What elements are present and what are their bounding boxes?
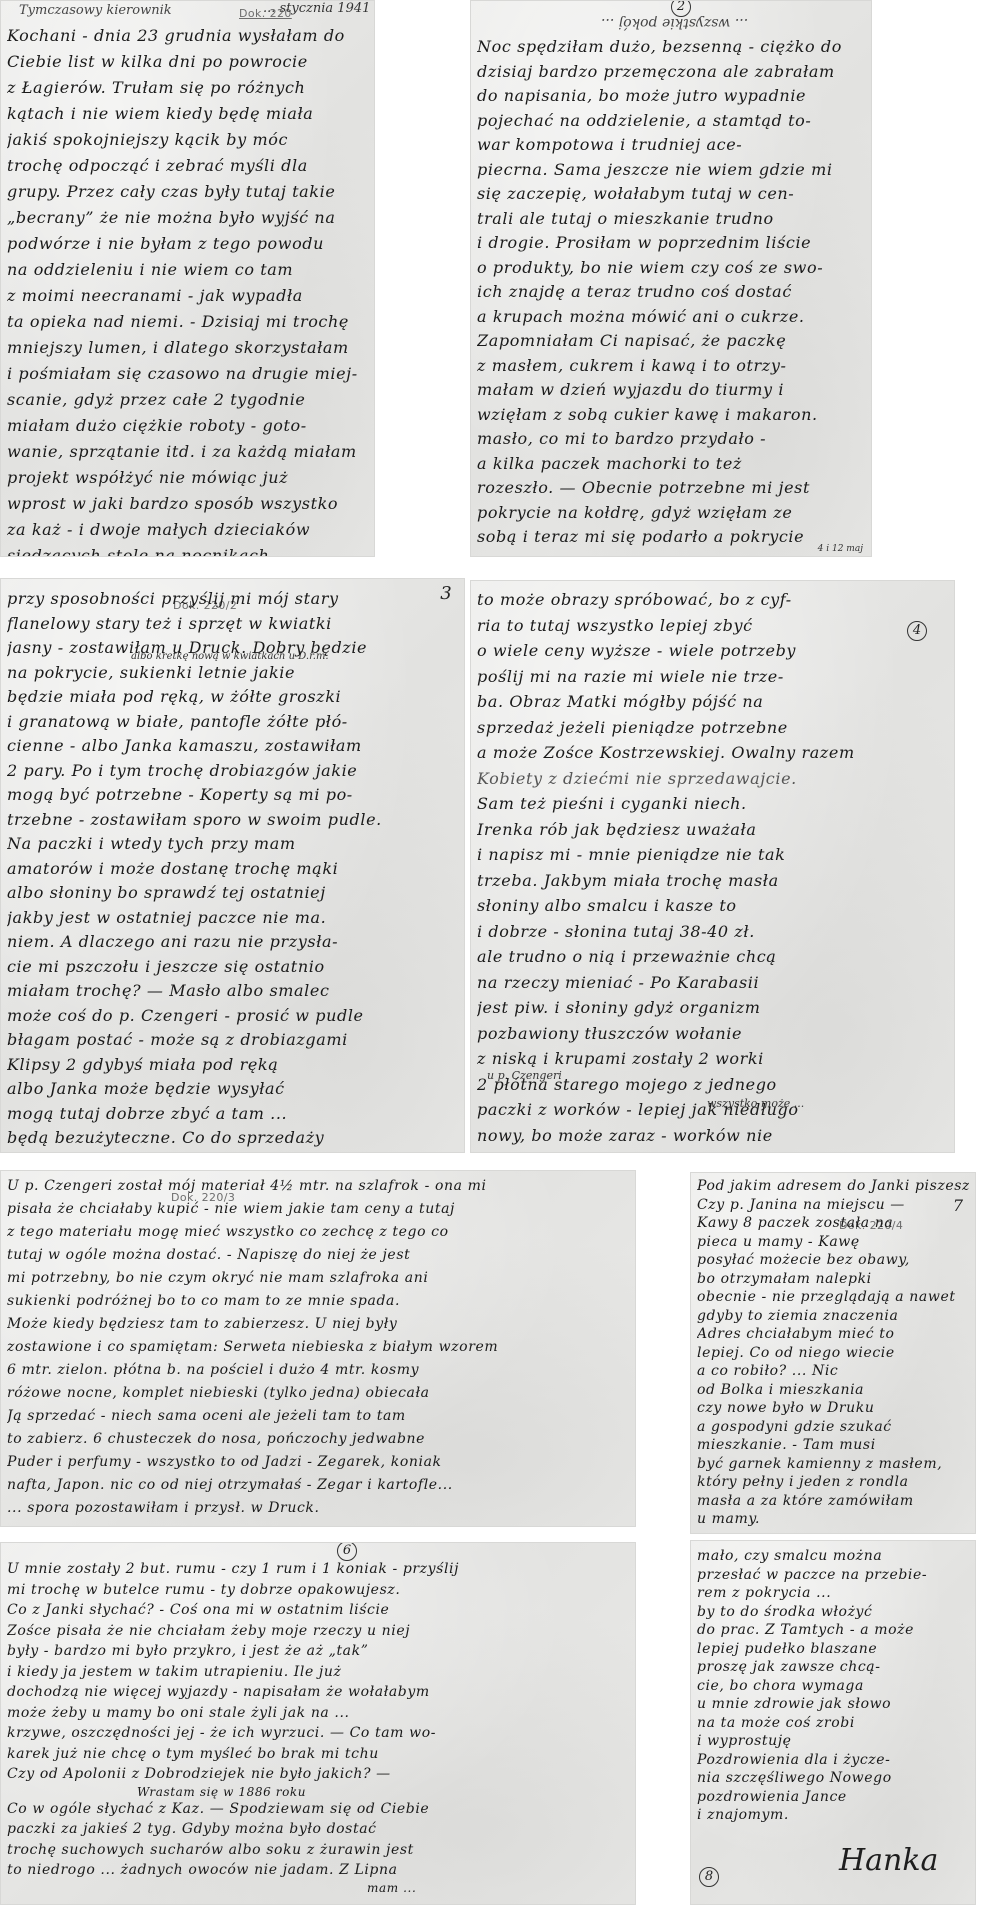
- text-line: rem z pokrycia ...: [697, 1584, 969, 1603]
- letter-page-8: mało, czy smalcu można przesłać w paczce…: [690, 1540, 976, 1905]
- text-line: lepiej pudełko blaszane: [697, 1640, 969, 1659]
- text-line: gdyby to ziemia znaczenia: [697, 1307, 969, 1326]
- text-line: obecnie - nie przeglądają a nawet: [697, 1288, 969, 1307]
- text-line: Noc spędziłam dużo, bezsenną - ciężko do: [477, 35, 865, 60]
- text-line: ... spora pozostawiłam i przysł. w Druck…: [7, 1497, 629, 1520]
- text-line: z masłem, cukrem i kawą i to otrzy-: [477, 354, 865, 379]
- text-line: Irenka rób jak będziesz uważała: [477, 817, 948, 843]
- text-line: z tego materiału mogę mieć wszystko co z…: [7, 1221, 629, 1244]
- text-line: od Bolka i mieszkania: [697, 1381, 969, 1400]
- text-line: Kochani - dnia 23 grudnia wysłałam do: [7, 23, 368, 49]
- text-line: Wrastam się w 1886 roku: [7, 1785, 629, 1799]
- text-line: trochę odpocząć i zebrać myśli dla: [7, 153, 368, 179]
- text-line: a co robiło? ... Nic: [697, 1362, 969, 1381]
- text-line: paczki z worków - lepiej jak niedługo: [477, 1097, 948, 1123]
- text-line: wanie, sprzątanie itd. i za każdą miałam: [7, 439, 368, 465]
- text-line: czy nowe było w Druku: [697, 1399, 969, 1418]
- text-line: być garnek kamienny z masłem,: [697, 1455, 969, 1474]
- text-line: nowy, bo może zaraz - worków nie: [477, 1123, 948, 1149]
- text-line: ich znajdę a teraz trudno coś dostać: [477, 280, 865, 305]
- text-line: Zośce pisała że nie chciałam żeby moje r…: [7, 1621, 629, 1642]
- text-line: przy sposobności przyślij mi mój stary: [7, 587, 458, 612]
- letter-page-6: Dok. 220/4 7 Pod jakim adresem do Janki …: [690, 1172, 976, 1534]
- text-line: rozeszło. — Obecnie potrzebne mi jest: [477, 476, 865, 501]
- text-line: i granatową w białe, pantofle żółte płó-: [7, 710, 458, 735]
- text-line: pieca u mamy - Kawę: [697, 1233, 969, 1252]
- text-line: tutaj w ogóle można dostać. - Napiszę do…: [7, 1244, 629, 1267]
- text-line: „becrany” że nie można było wyjść na: [7, 205, 368, 231]
- text-line: bo otrzymałam nalepki: [697, 1270, 969, 1289]
- text-line: i pośmiałam się czasowo na drugie miej-: [7, 361, 368, 387]
- letter-page-7: 6 U mnie zostały 2 but. rumu - czy 1 rum…: [0, 1542, 636, 1905]
- text-line: nia szczęśliwego Nowego: [697, 1769, 969, 1788]
- text-line: a kilka paczek machorki to też: [477, 452, 865, 477]
- text-line: ria to tutaj wszystko lepiej zbyć: [477, 613, 948, 639]
- text-line: 6 mtr. zielon. płótna b. na pościel i du…: [7, 1359, 629, 1382]
- text-line: Zapomniałam Ci napisać, że paczkę: [477, 329, 865, 354]
- text-line: mieszkanie. - Tam musi: [697, 1436, 969, 1455]
- text-line: trali ale tutaj o mieszkanie trudno: [477, 207, 865, 232]
- text-line: mało, czy smalcu można: [697, 1547, 969, 1566]
- text-line: a krupach można mówić ani o cukrze.: [477, 305, 865, 330]
- text-line: na rzeczy mieniać - Po Karabasii: [477, 970, 948, 996]
- text-line: cienne - albo Janka kamaszu, zostawiłam: [7, 734, 458, 759]
- text-line: albo Janka może będzie wysyłać: [7, 1077, 458, 1102]
- text-line: o wiele ceny wyższe - wiele potrzeby: [477, 638, 948, 664]
- text-line: amatorów i może dostanę trochę mąki: [7, 857, 458, 882]
- text-line: mniejszy lumen, i dlatego skorzystałam: [7, 335, 368, 361]
- text-line: o produkty, bo nie wiem czy coś ze swo-: [477, 256, 865, 281]
- text-line: Pozdrowienia dla i życze-: [697, 1751, 969, 1770]
- text-line: będą bezużyteczne. Co do sprzedaży: [7, 1126, 458, 1151]
- text-line: Pod jakim adresem do Janki piszesz?: [697, 1177, 969, 1196]
- text-line: i dobrze - słonina tutaj 38-40 zł.: [477, 919, 948, 945]
- text-line: krzywe, oszczędności jej - że ich wyrzuc…: [7, 1723, 629, 1744]
- text-line: Klipsy 2 gdybyś miała pod ręką: [7, 1053, 458, 1078]
- text-line: Co z Janki słychać? - Coś ona mi w ostat…: [7, 1600, 629, 1621]
- text-line: scanie, gdyż przez całe 2 tygodnie: [7, 387, 368, 413]
- text-line: grupy. Przez cały czas były tutaj takie: [7, 179, 368, 205]
- text-line: paczki za jakieś 2 tyg. Gdyby można było…: [7, 1819, 629, 1840]
- text-line: trzeba. Jakbym miała trochę masła: [477, 868, 948, 894]
- text-line: pisała że chciałaby kupić - nie wiem jak…: [7, 1198, 629, 1221]
- text-line: będzie miała pod ręką, w żółte groszki: [7, 685, 458, 710]
- text-line: a gospodyni gdzie szukać: [697, 1418, 969, 1437]
- letter-header-date: ... stycznia 1941 r.: [263, 1, 375, 16]
- text-line: masło, co mi to bardzo przydało -: [477, 427, 865, 452]
- text-line: projekt współżyć nie mówiąc już: [7, 465, 368, 491]
- text-line: na oddzieleniu i nie wiem co tam: [7, 257, 368, 283]
- text-line: ta opieka nad niemi. - Dzisiaj mi trochę: [7, 309, 368, 335]
- letter-page-4: 4 u p. Czengeri wszystko może ... to moż…: [470, 580, 955, 1153]
- text-line: jakby jest w ostatniej paczce nie ma.: [7, 906, 458, 931]
- text-line: lepiej. Co od niego wiecie: [697, 1344, 969, 1363]
- text-line: u mnie zdrowie jak słowo: [697, 1695, 969, 1714]
- text-line: sobą i teraz mi się podarło a pokrycie: [477, 525, 865, 550]
- text-line: jest piw. i słoniny gdyż organizm: [477, 995, 948, 1021]
- text-line: sukienki podróżnej bo to co mam to ze mn…: [7, 1290, 629, 1313]
- text-line: U mnie zostały 2 but. rumu - czy 1 rum i…: [7, 1559, 629, 1580]
- text-line: to niedrogo ... żadnych owoców nie jadam…: [7, 1860, 629, 1881]
- upside-down-note: ... wszystkie pokój ...: [601, 15, 748, 31]
- text-line: Kawy 8 paczek została na: [697, 1214, 969, 1233]
- text-line: na ta może coś zrobi: [697, 1714, 969, 1733]
- text-line: 2 pary. Po i tym trochę drobiazgów jakie: [7, 759, 458, 784]
- text-line: proszę jak zawsze chcą-: [697, 1658, 969, 1677]
- text-line: Puder i perfumy - wszystko to od Jadzi -…: [7, 1451, 629, 1474]
- letter-page-2: 2 ... wszystkie pokój ... Noc spędziłam …: [470, 0, 872, 557]
- text-line: by to do środka włożyć: [697, 1603, 969, 1622]
- text-line: Co w ogóle słychać z Kaz. — Spodziewam s…: [7, 1799, 629, 1820]
- text-line: Adres chciałabym mieć to: [697, 1325, 969, 1344]
- text-line: były - bardzo mi było przykro, i jest że…: [7, 1641, 629, 1662]
- text-line: mam ...: [7, 1881, 629, 1895]
- text-line: i znajomym.: [697, 1806, 969, 1825]
- text-line: pozdrowienia Jance: [697, 1788, 969, 1807]
- text-line: słoniny albo smalcu i kasze to: [477, 893, 948, 919]
- text-line: miałam trochę? — Masło albo smalec: [7, 979, 458, 1004]
- text-line: Kobiety z dziećmi nie sprzedawajcie.: [477, 766, 948, 792]
- text-line: z moimi neecranami - jak wypadła: [7, 283, 368, 309]
- text-line: może żeby u mamy bo oni stale żyli jak n…: [7, 1703, 629, 1724]
- text-line: dochodzą nie więcej wyjazdy - napisałam …: [7, 1682, 629, 1703]
- text-line: do prac. Z Tamtych - a może: [697, 1621, 969, 1640]
- text-line: różowe nocne, komplet niebieski (tylko j…: [7, 1382, 629, 1405]
- text-line: i napisz mi - mnie pieniądze nie tak: [477, 842, 948, 868]
- text-line: u mamy.: [697, 1510, 969, 1529]
- text-line: pojechać na oddzielenie, a stamtąd to-: [477, 109, 865, 134]
- text-line: mogą być potrzebne - Koperty są mi po-: [7, 783, 458, 808]
- text-line: z Łagierów. Trułam się po różnych: [7, 75, 368, 101]
- text-line: flanelowy stary też i sprzęt w kwiatki: [7, 612, 458, 637]
- text-line: mi potrzebny, bo nie czym okryć nie mam …: [7, 1267, 629, 1290]
- text-line: sprzedaż jeżeli pieniądze potrzebne: [477, 715, 948, 741]
- text-line: przesłać w paczce na przebie-: [697, 1566, 969, 1585]
- text-line: wprost w jaki bardzo sposób wszystko: [7, 491, 368, 517]
- text-line: Może kiedy będziesz tam to zabierzesz. U…: [7, 1313, 629, 1336]
- text-line: dzisiaj bardzo przemęczona ale zabrałam: [477, 60, 865, 85]
- letter-page-5: Dok. 220/3 U p. Czengeri został mój mate…: [0, 1170, 636, 1527]
- text-line: Ciebie list w kilka dni po powrocie: [7, 49, 368, 75]
- footer-note: 4 i 12 maj: [818, 544, 863, 554]
- text-line: jasny - zostawiłam u Druck. Dobry będzie: [7, 636, 458, 661]
- text-line: to zabierz. 6 chusteczek do nosa, pończo…: [7, 1428, 629, 1451]
- text-line: nafta, Japon. nic co od niej otrzymałaś …: [7, 1474, 629, 1497]
- text-line: jakiś spokojniejszy kącik by móc: [7, 127, 368, 153]
- text-line: pozbawiony tłuszczów wołanie: [477, 1021, 948, 1047]
- letter-header-left: Tymczasowy kierownik: [19, 3, 172, 18]
- text-line: na pokrycie, sukienki letnie jakie: [7, 661, 458, 686]
- text-line: cie mi pszczołu i jeszcze się ostatnio: [7, 955, 458, 980]
- text-line: masła a za które zamówiłam: [697, 1492, 969, 1511]
- text-line: mogą tutaj dobrze zbyć a tam ...: [7, 1102, 458, 1127]
- text-line: to może obrazy spróbować, bo z cyf-: [477, 587, 948, 613]
- text-line: war kompotowa i trudniej ace-: [477, 133, 865, 158]
- text-line: się zaczepię, wołałabym tutaj w cen-: [477, 182, 865, 207]
- text-line: może coś do p. Czengeri - prosić w pudle: [7, 1004, 458, 1029]
- text-line: za każ - i dwoje małych dzieciaków: [7, 517, 368, 543]
- text-line: ale trudno o nią i przeważnie chcą: [477, 944, 948, 970]
- text-line: posyłać możecie bez obawy,: [697, 1251, 969, 1270]
- text-line: Na paczki i wtedy tych przy mam: [7, 832, 458, 857]
- text-line: siedzących stole na nocnikach —: [7, 543, 368, 557]
- text-line: niem. A dlaczego ani razu nie przysła-: [7, 930, 458, 955]
- text-line: małam w dzień wyjazdu do tiurmy i: [477, 378, 865, 403]
- text-line: wzięłam z sobą cukier kawę i makaron.: [477, 403, 865, 428]
- text-line: albo słoniny bo sprawdź tej ostatniej: [7, 881, 458, 906]
- text-line: karek już nie chcę o tym myśleć bo brak …: [7, 1744, 629, 1765]
- text-line: zostawione i co spamiętam: Serweta niebi…: [7, 1336, 629, 1359]
- text-line: cie, bo chora wymaga: [697, 1677, 969, 1696]
- text-line: trzebne - zostawiłam sporo w swoim pudle…: [7, 808, 458, 833]
- text-line: piecrna. Sama jeszcze nie wiem gdzie mi: [477, 158, 865, 183]
- text-line: trochę suchowych sucharów albo soku z żu…: [7, 1840, 629, 1861]
- text-line: U p. Czengeri został mój materiał 4½ mtr…: [7, 1175, 629, 1198]
- text-line: Ją sprzedać - niech sama oceni ale jeżel…: [7, 1405, 629, 1428]
- letter-page-3: Dok. 220/2 3 albo kretkę nową w kwiatkac…: [0, 578, 465, 1153]
- text-line: pokrycie na kołdrę, gdyż wzięłam ze: [477, 501, 865, 526]
- text-line: i drogie. Prosiłam w poprzednim liście: [477, 231, 865, 256]
- text-line: błagam postać - może są z drobiazgami: [7, 1028, 458, 1053]
- text-line: i kiedy ja jestem w takim utrapieniu. Il…: [7, 1662, 629, 1683]
- text-line: miałam dużo ciężkie roboty - goto-: [7, 413, 368, 439]
- signature: Hanka: [839, 1843, 938, 1878]
- text-line: do napisania, bo może jutro wypadnie: [477, 84, 865, 109]
- text-line: z niską i krupami zostały 2 worki: [477, 1046, 948, 1072]
- text-line: Czy p. Janina na miejscu —: [697, 1196, 969, 1215]
- text-line: a może Zośce Kostrzewskiej. Owalny razem: [477, 740, 948, 766]
- text-line: poślij mi na razie mi wiele nie trze-: [477, 664, 948, 690]
- page-number-badge: 8: [699, 1867, 719, 1887]
- text-line: i wyprostuję: [697, 1732, 969, 1751]
- text-line: Sam też pieśni i cyganki niech.: [477, 791, 948, 817]
- text-line: 2 płótna starego mojego z jednego: [477, 1072, 948, 1098]
- text-line: ba. Obraz Matki mógłby pójść na: [477, 689, 948, 715]
- text-line: który pełny i jeden z rondla: [697, 1473, 969, 1492]
- letter-page-1: Dok. 220 Tymczasowy kierownik ... styczn…: [0, 0, 375, 557]
- text-line: Czy od Apolonii z Dobrodziejek nie było …: [7, 1764, 629, 1785]
- text-line: podwórze i nie byłam z tego powodu: [7, 231, 368, 257]
- text-line: kątach i nie wiem kiedy będę miała: [7, 101, 368, 127]
- text-line: mi trochę w butelce rumu - ty dobrze opa…: [7, 1580, 629, 1601]
